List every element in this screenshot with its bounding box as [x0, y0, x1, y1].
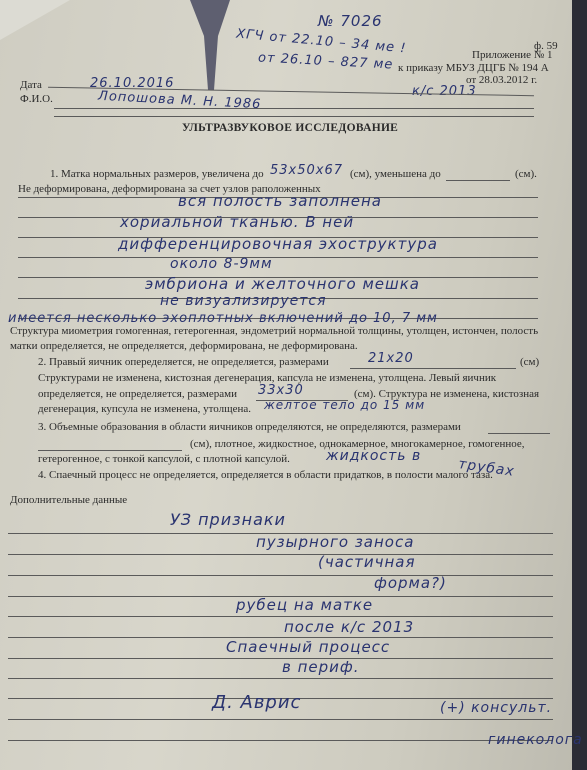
order-label: к приказу МБУЗ ДЦГБ № 194 А — [398, 62, 549, 74]
section-1-unit-2: (см). — [515, 168, 537, 180]
ruled-line — [8, 616, 553, 617]
handwritten-note-2: гинеколога — [488, 732, 583, 748]
section-1-structure: Структура миометрия гомогенная, гетероге… — [10, 324, 550, 354]
name-line-2 — [54, 116, 534, 117]
ruled-line — [8, 658, 553, 659]
handwritten-add-7: Спаечный процесс — [226, 638, 390, 656]
folded-corner — [0, 0, 70, 40]
handwritten-s3: жидкость в — [326, 448, 421, 464]
handwritten-note-1: (+) консульт. — [440, 700, 552, 716]
appendix-label: Приложение № 1 — [472, 49, 553, 61]
section-4-line-1: 4. Спаечный процесс не определяется, опр… — [38, 469, 493, 481]
uterus-size-value: 53х50х67 — [270, 163, 343, 178]
section-3-line-3: гетерогенное, с тонкой капсулой, с плотн… — [38, 453, 290, 465]
name-label: Ф.И.О. — [20, 93, 53, 105]
left-ovary-size: 33х30 — [258, 383, 304, 398]
handwritten-add-8: в периф. — [282, 658, 360, 676]
right-ovary-size: 21х20 — [368, 351, 414, 366]
handwritten-s1-3: дифференцировочная эхоструктура — [118, 235, 438, 253]
ruled-line — [8, 719, 553, 720]
handwritten-add-6: после к/с 2013 — [284, 618, 414, 636]
ruled-line — [8, 740, 553, 741]
handwritten-s1-6: не визуализируется — [160, 293, 327, 309]
section-2-unit: (см) — [520, 356, 539, 368]
document-title: УЛЬТРАЗВУКОВОЕ ИССЛЕДОВАНИЕ — [182, 122, 398, 134]
torn-gap — [190, 0, 230, 90]
date-label: Дата — [20, 79, 42, 91]
handwritten-s1-5: эмбриона и желточного мешка — [145, 275, 420, 293]
section-3-line-1: 3. Объемные образования в области яичник… — [38, 421, 461, 433]
handwritten-add-2: пузырного заноса — [256, 533, 414, 551]
handwritten-add-4: форма?) — [374, 574, 447, 592]
handwritten-add-1: УЗ признаки — [170, 510, 286, 529]
handwritten-s1-2: хориальной тканью. В ней — [120, 213, 354, 231]
handwritten-number: № 7026 — [318, 12, 383, 30]
section-2-line-3a: определяется, не определяется, размерами — [38, 388, 237, 400]
ruled-line — [8, 554, 553, 555]
additional-label: Дополнительные данные — [10, 494, 127, 506]
name-line — [54, 108, 534, 109]
ruled-line — [8, 575, 553, 576]
section-1-text: 1. Матка нормальных размеров, увеличена … — [50, 168, 264, 180]
handwritten-s1-1: вся полость заполнена — [178, 192, 382, 210]
section-2-text: 2. Правый яичник опеределяется, не опред… — [38, 356, 329, 368]
handwritten-add-3: (частичная — [318, 553, 416, 571]
ruled-line — [18, 257, 538, 258]
handwritten-s1-4: около 8-9мм — [170, 256, 273, 272]
mass-size-line-2 — [38, 450, 182, 451]
handwritten-cs: к/с 2013 — [412, 84, 477, 99]
section-1-unit: (см), уменьшена до — [350, 168, 441, 180]
ultrasound-report-paper: ф. 59 Приложение № 1 к приказу МБУЗ ДЦГБ… — [0, 0, 572, 770]
order-date: от 28.03.2012 г. — [466, 74, 537, 86]
reduced-size-line — [446, 180, 510, 181]
handwritten-s2: желтое тело до 15 мм — [264, 398, 425, 412]
ruled-line — [8, 678, 553, 679]
doctor-signature: Д. Аврис — [212, 692, 301, 713]
handwritten-hcg-2: от 26.10 – 827 ме — [258, 50, 394, 72]
mass-size-line — [488, 433, 550, 434]
right-ovary-line — [350, 368, 516, 369]
section-2-line-4: дегенерация, купсула не изменена, утолще… — [38, 403, 251, 415]
handwritten-add-5: рубец на матке — [236, 596, 373, 614]
